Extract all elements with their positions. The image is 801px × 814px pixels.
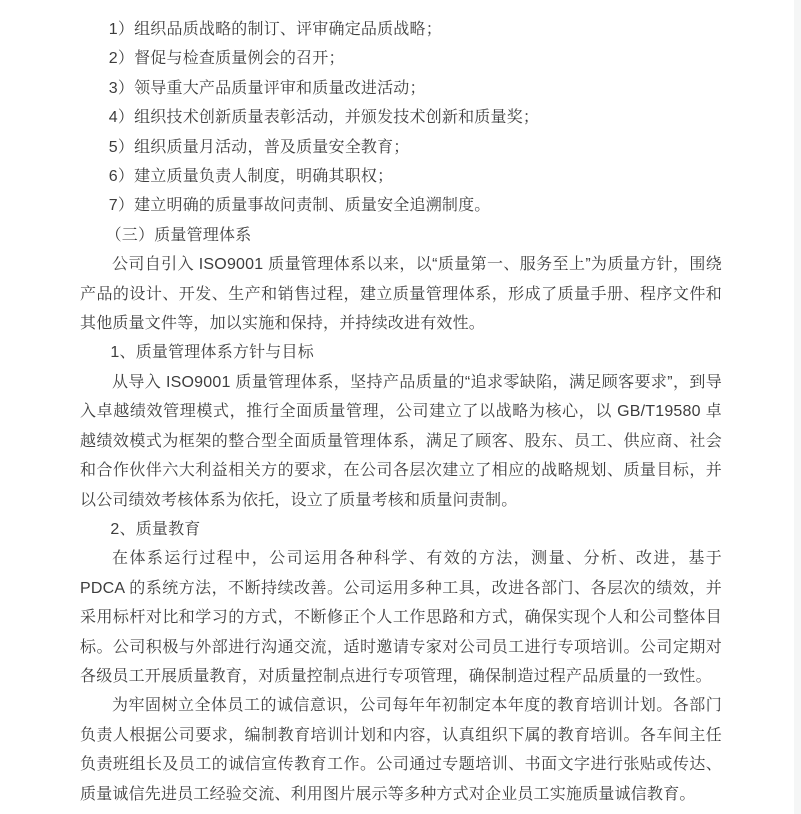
list-item-1: 1）组织品质战略的制订、评审确定品质战略； (80, 15, 722, 44)
page-right-edge-strip (794, 0, 801, 814)
document-body: 1）组织品质战略的制订、评审确定品质战略； 2）督促与检查质量例会的召开； 3）… (80, 15, 722, 809)
list-item-2: 2）督促与检查质量例会的召开； (80, 44, 722, 73)
section-heading: （三）质量管理体系 (80, 221, 722, 250)
document-page: 1）组织品质战略的制订、评审确定品质战略； 2）督促与检查质量例会的召开； 3）… (0, 0, 801, 814)
list-item-5: 5）组织质量月活动，普及质量安全教育； (80, 133, 722, 162)
subsection-heading-2: 2、质量教育 (80, 515, 722, 544)
paragraph-quality-education: 在体系运行过程中，公司运用各种科学、有效的方法，测量、分析、改进，基于 PDCA… (80, 544, 722, 691)
subsection-heading-1: 1、质量管理体系方针与目标 (80, 338, 722, 367)
list-item-6: 6）建立质量负责人制度，明确其职权； (80, 162, 722, 191)
paragraph-quality-system-intro: 公司自引入 ISO9001 质量管理体系以来，以“质量第一、服务至上”为质量方针… (80, 250, 722, 338)
list-item-7: 7）建立明确的质量事故问责制、质量安全追溯制度。 (80, 191, 722, 220)
paragraph-integrity-education: 为牢固树立全体员工的诚信意识，公司每年年初制定本年度的教育培训计划。各部门负责人… (80, 691, 722, 809)
list-item-4: 4）组织技术创新质量表彰活动，并颁发技术创新和质量奖； (80, 103, 722, 132)
paragraph-policy-and-goals: 从导入 ISO9001 质量管理体系，坚持产品质量的“追求零缺陷，满足顾客要求”… (80, 368, 722, 515)
list-item-3: 3）领导重大产品质量评审和质量改进活动； (80, 74, 722, 103)
